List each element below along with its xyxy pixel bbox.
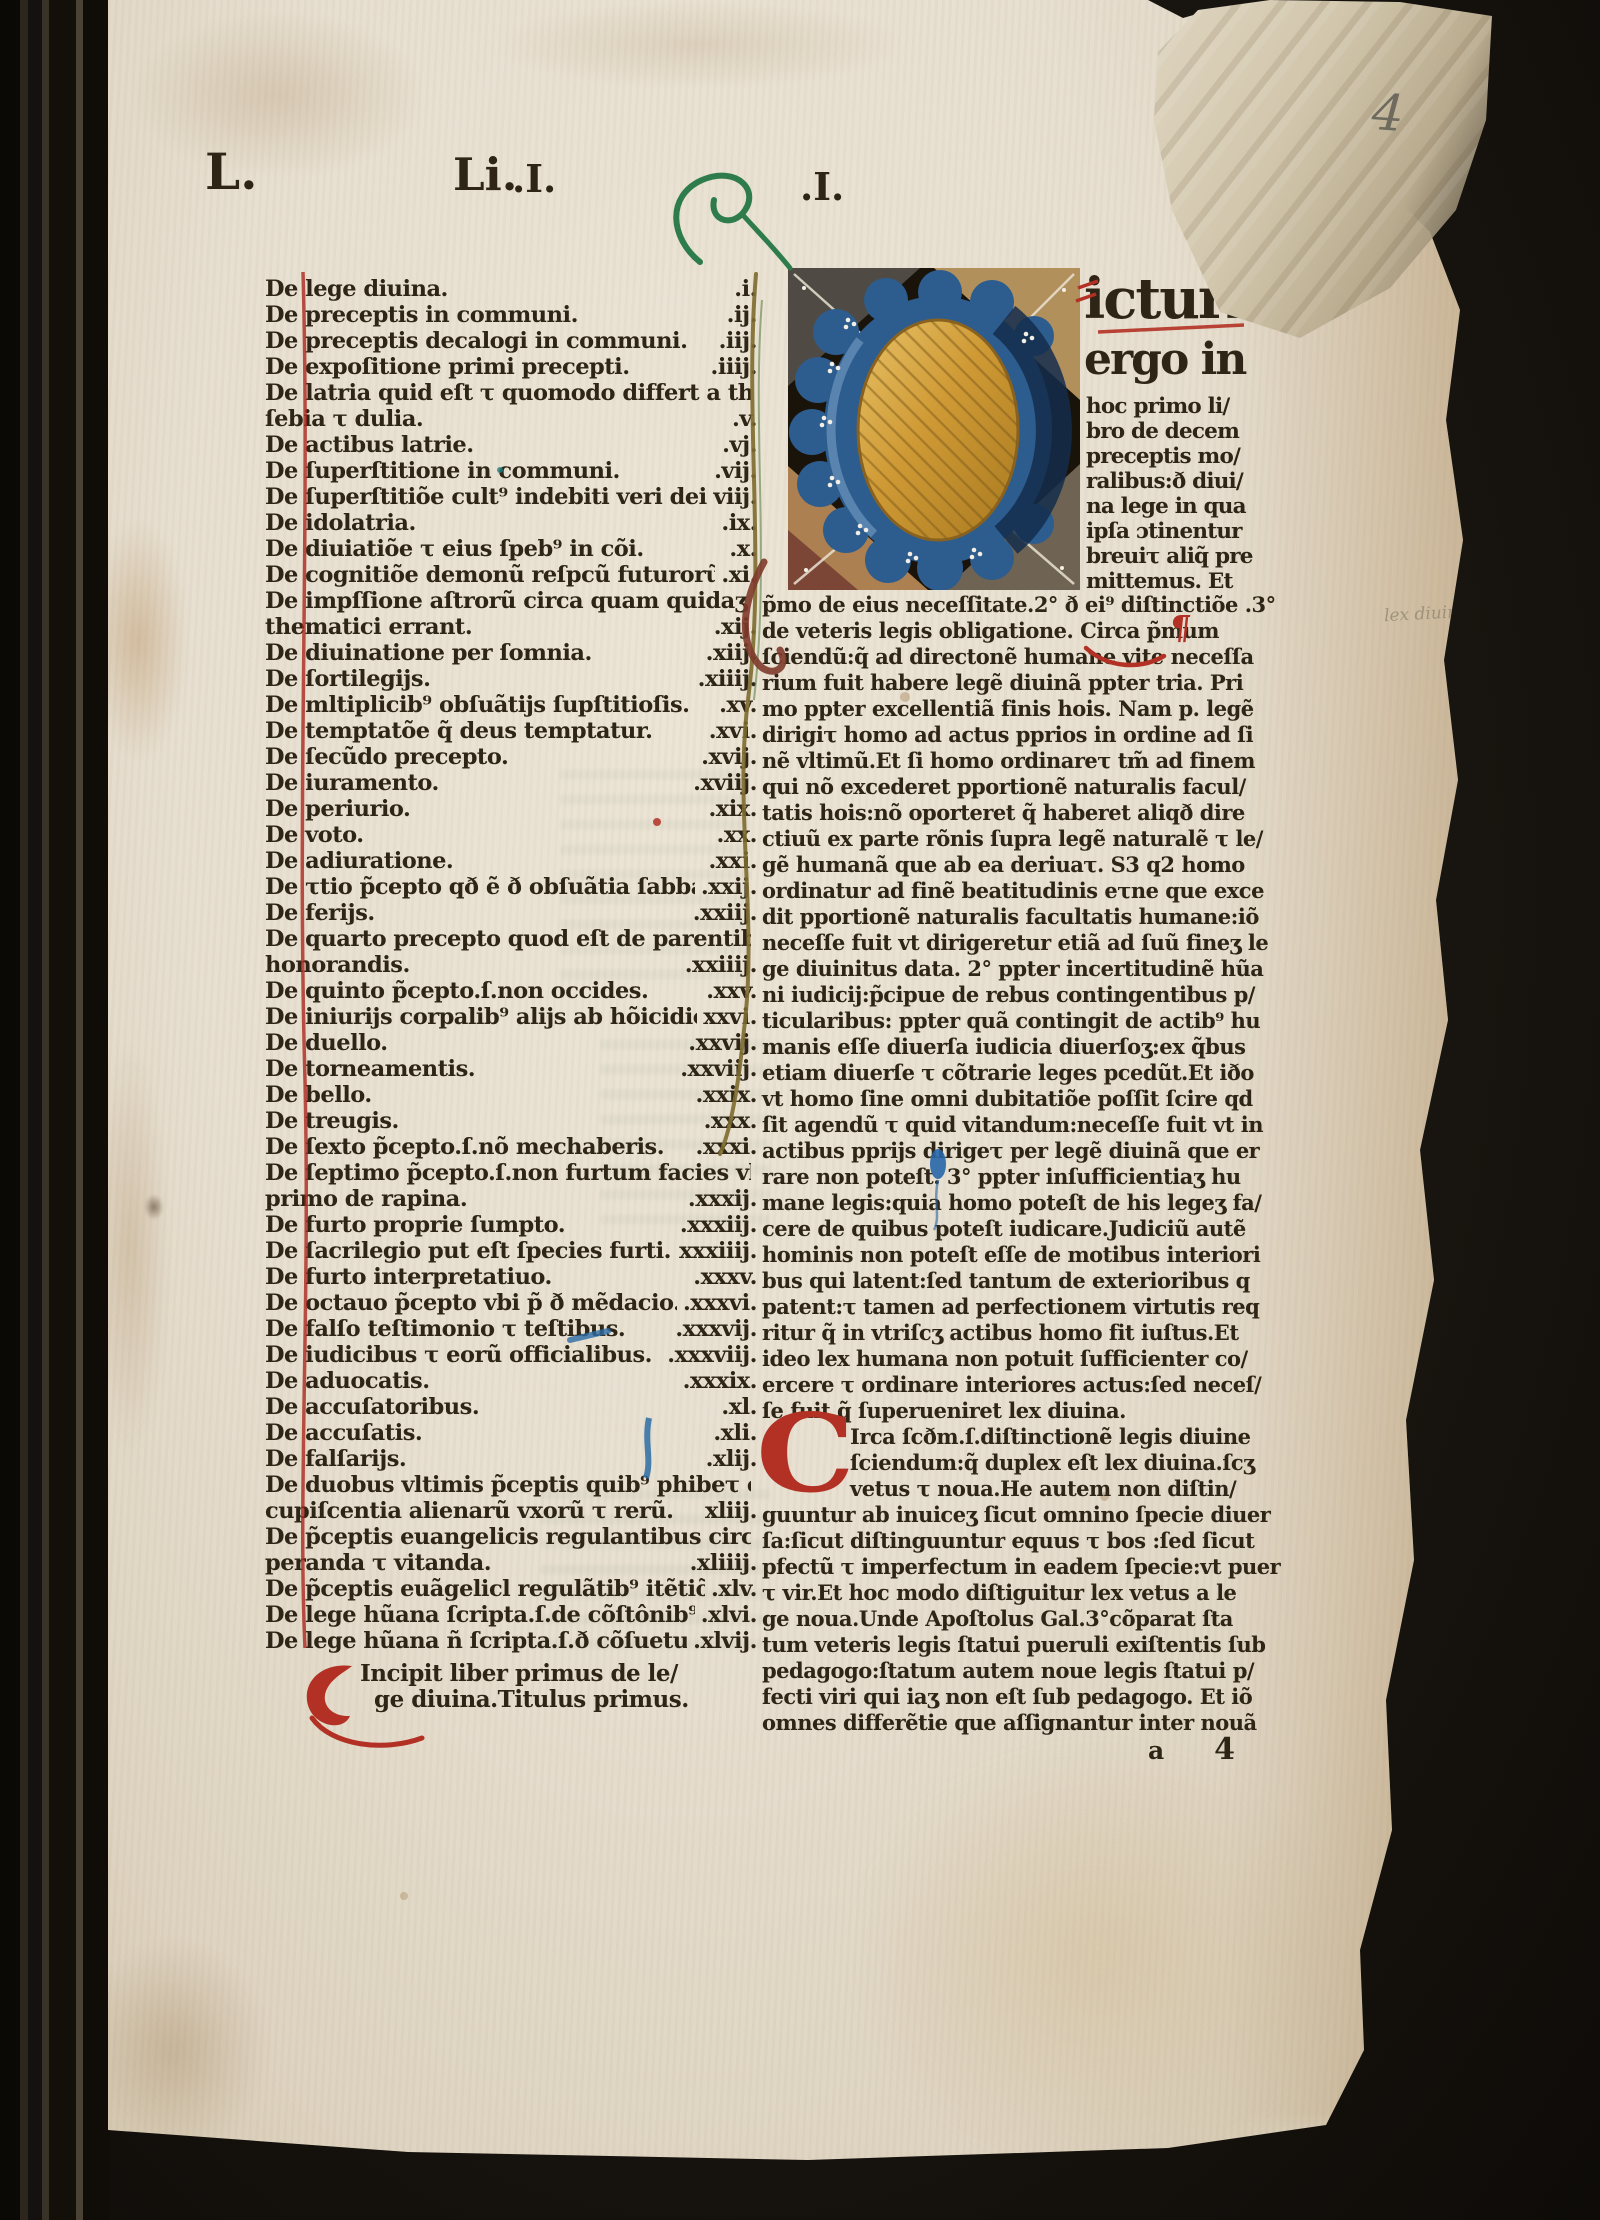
toc-entry-title: De ſexto p̃cepto.ſ.nõ mechaberis. — [265, 1134, 664, 1160]
text-line: τ vir.Et hoc modo diſtiguitur lex vetus … — [762, 1580, 1240, 1606]
text-line: ſciendũ:q̃ ad directonẽ humane vite nece… — [762, 644, 1240, 670]
toc-entry-title: De diuiatiõe τ eius ſpeb⁹ in cõi. — [265, 536, 644, 562]
toc-entry: De iudicibus τ eorũ officialibus. .xxxvi… — [265, 1342, 757, 1368]
toc-entry-title: De τtio p̃cepto qð ẽ ð obſuãtia ſabbati — [265, 874, 695, 900]
toc-entry: De actibus latrie. .vj. — [265, 432, 757, 458]
toc-entry-title: De quarto precepto quod eſt de parentibu… — [265, 926, 751, 952]
text-line: dit pportionẽ naturalis facultatis human… — [762, 904, 1240, 930]
signature-letter: a — [1148, 1736, 1164, 1765]
toc-entry-folio-number: .xxxij. — [682, 1186, 757, 1212]
toc-entry: De latria quid eſt τ quomodo differt a t… — [265, 380, 757, 406]
toc-entry: De bello. .xxix. — [265, 1082, 757, 1108]
toc-entry-title: De bello. — [265, 1082, 372, 1108]
text-line: ſciendum:q̃ duplex eſt lex diuina.ſcʒ — [850, 1450, 1242, 1476]
toc-entry: primo de rapina. .xxxij. — [265, 1186, 757, 1212]
toc-entry: De adiuratione. .xxi. — [265, 848, 757, 874]
opening-word-large-2: ergo in — [1084, 334, 1254, 385]
toc-entry-folio-number: .vj. — [716, 432, 757, 458]
toc-entry-title: De ſortilegijs. — [265, 666, 430, 692]
toc-entry-title: De idolatria. — [265, 510, 416, 536]
toc-entry: De furto interpretatiuo. .xxxv. — [265, 1264, 757, 1290]
toc-entry-folio-number: .xxv. — [700, 978, 757, 1004]
toc-entry-title: De voto. — [265, 822, 364, 848]
text-line: ſit agendũ τ quid vitandum:neceſſe fuit … — [762, 1112, 1240, 1138]
toc-entry: De falſo teſtimonio τ teſtibus. .xxxvij. — [265, 1316, 757, 1342]
text-line: ge diuinitus data. 2° ppter incertitudin… — [762, 956, 1240, 982]
text-line: neceſſe fuit vt dirigeretur etiã ad ſuũ … — [762, 930, 1240, 956]
toc-entry: De aduocatis. .xxxix. — [265, 1368, 757, 1394]
text-line: bus qui latent:ſed tantum de exterioribu… — [762, 1268, 1240, 1294]
toc-entry: De lege hũana ſcripta.ſ.de cõſtônib⁹. .x… — [265, 1602, 757, 1628]
toc-entry: thematici errant. .xij. — [265, 614, 757, 640]
toc-entry-folio-number: xxxiiij. — [673, 1238, 757, 1264]
toc-entry-title: De lege diuina. — [265, 276, 448, 302]
toc-entry-title: De latria quid eſt τ quomodo differt a t… — [265, 380, 751, 406]
toc-entry: De preceptis in communi. .ij. — [265, 302, 757, 328]
text-line: ritur q̃ in vtriſcʒ actibus homo fit iuſ… — [762, 1320, 1240, 1346]
toc-entry-title: De falſo teſtimonio τ teſtibus. — [265, 1316, 625, 1342]
toc-entry: De torneamentis. .xxviij. — [265, 1056, 757, 1082]
toc-entry: De diuiatiõe τ eius ſpeb⁹ in cõi. .x. — [265, 536, 757, 562]
text-line: vetus τ noua.He autem non diſtin/ — [850, 1476, 1242, 1502]
stain-bottom-right — [848, 1740, 1348, 2170]
toc-entry-folio-number: .xxxvi. — [677, 1290, 757, 1316]
red-paragraph-mark: ¶ — [1168, 608, 1193, 647]
toc-entry-title: De lege hũana ſcripta.ſ.de cõſtônib⁹. — [265, 1602, 695, 1628]
toc-entry-title: De temptatõe q̃ deus temptatur. — [265, 718, 653, 744]
toc-entry: De treugis. .xxx. — [265, 1108, 757, 1134]
toc-entry: De quarto precepto quod eſt de parentibu… — [265, 926, 757, 952]
toc-entry-folio-number: .xij. — [708, 614, 757, 640]
text-line: rare non poteſt. 3° ppter inſufficientia… — [762, 1164, 1240, 1190]
incipit-line-2: ge diuina.Titulus primus. — [374, 1686, 689, 1713]
text-line: na lege in qua — [1086, 494, 1242, 519]
toc-entry-title: De iudicibus τ eorũ officialibus. — [265, 1342, 652, 1368]
text-line: ſa:ſicut diſtinguuntur equus τ bos :ſed … — [762, 1528, 1240, 1554]
toc-entry: peranda τ vitanda. .xliiij. — [265, 1550, 757, 1576]
text-line: hoc primo li/ — [1086, 394, 1242, 419]
toc-entry-folio-number: .v. — [726, 406, 757, 432]
text-line: pedagogo:ſtatum autem noue legis ſtatui … — [762, 1658, 1240, 1684]
toc-entry: De accuſatoribus. .xl. — [265, 1394, 757, 1420]
toc-entry: De preceptis decalogi in communi. .iij. — [265, 328, 757, 354]
toc-entry-folio-number: .xxxvij. — [669, 1316, 757, 1342]
toc-entry: De p̃ceptis euãgelicl regulãtib⁹ itẽtiõe… — [265, 1576, 757, 1602]
text-line: nẽ vltimũ.Et ſi homo ordinareτ tm̃ ad fi… — [762, 748, 1240, 774]
toc-entry-folio-number: .xx. — [711, 822, 758, 848]
toc-entry-folio-number: .xxix. — [690, 1082, 757, 1108]
text-line: qui nõ excederet pportionẽ naturalis fac… — [762, 774, 1240, 800]
book-gutter-edge — [0, 0, 110, 2220]
toc-entry-title: De expoſitione primi precepti. — [265, 354, 630, 380]
toc-entry: De lege hũana ñ ſcripta.ſ.ð cõſuetudĩe. … — [265, 1628, 757, 1654]
opening-narrow-column: hoc primo li/ bro de decem preceptis mo/… — [1086, 394, 1242, 594]
toc-entry-title: peranda τ vitanda. — [265, 1550, 491, 1576]
toc-entry-folio-number: .xlij. — [700, 1446, 757, 1472]
toc-entry-folio-number: .xxvij. — [682, 1030, 757, 1056]
toc-entry-folio-number: .iiij. — [705, 354, 757, 380]
text-line: mane legis:quia homo poteſt de his legeʒ… — [762, 1190, 1240, 1216]
header-letter-L: L. — [205, 142, 258, 201]
toc-entry-folio-number: .x. — [723, 536, 757, 562]
toc-entry-folio-number: .xvi. — [703, 718, 757, 744]
toc-entry-folio-number: .xxxiij. — [674, 1212, 757, 1238]
text-line: tum veteris legis ſtatui pueruli exiſten… — [762, 1632, 1240, 1658]
toc-entry: cupiſcentia alienarũ vxorũ τ rerũ. xliij… — [265, 1498, 757, 1524]
toc-entry-title: De torneamentis. — [265, 1056, 475, 1082]
edge-browning-right — [1228, 60, 1478, 2120]
toc-entry-title: De aduocatis. — [265, 1368, 430, 1394]
toc-entry-title: De lege hũana ñ ſcripta.ſ.ð cõſuetudĩe. — [265, 1628, 687, 1654]
toc-entry-folio-number: .xi. — [715, 562, 757, 588]
toc-entry: De temptatõe q̃ deus temptatur. .xvi. — [265, 718, 757, 744]
text-line: ticularibus: ppter quã contingit de acti… — [762, 1008, 1240, 1034]
toc-entry-folio-number: .xxiiij. — [679, 952, 757, 978]
text-line: mittemus. Et — [1086, 569, 1242, 594]
toc-entry-folio-number: .xxij. — [695, 874, 757, 900]
text-line: mo ppter excellentiã finis hois. Nam p. … — [762, 696, 1240, 722]
red-lombard-initial-C: C — [756, 1404, 855, 1504]
toc-entry-folio-number: .xxi. — [702, 848, 757, 874]
toc-entry-title: honorandis. — [265, 952, 410, 978]
table-of-contents: De lege diuina. .i. De preceptis in comm… — [265, 276, 757, 1654]
toc-entry: De diuinatione per ſomnia. .xiij. — [265, 640, 757, 666]
text-line: pfectũ τ imperfectum in eadem ſpecie:vt … — [762, 1554, 1240, 1580]
ink-spot — [144, 1194, 164, 1220]
toc-entry: De voto. .xx. — [265, 822, 757, 848]
toc-entry-title: De furto interpretatiuo. — [265, 1264, 552, 1290]
header-num-center: .I. — [512, 156, 556, 201]
paragraph-2-indented-lines: Irca ſcðm.ſ.diſtinctionẽ legis diuine ſc… — [850, 1424, 1242, 1502]
toc-entry: De ſeptimo p̃cepto.ſ.non furtum facies v… — [265, 1160, 757, 1186]
incipit-line-1: Incipit liber primus de le/ — [360, 1660, 678, 1687]
toc-entry: De quinto p̃cepto.ſ.non occides. .xxv. — [265, 978, 757, 1004]
toc-entry: De idolatria. .ix. — [265, 510, 757, 536]
toc-entry-folio-number: .xlvi. — [695, 1602, 757, 1628]
toc-entry: De ferijs. .xxiij. — [265, 900, 757, 926]
toc-entry: honorandis. .xxiiij. — [265, 952, 757, 978]
toc-entry-title: De cognitiõe demonũ reſpcũ futurorũ. — [265, 562, 715, 588]
text-line: rium fuit habere legẽ diuinã ppter tria.… — [762, 670, 1240, 696]
toc-entry: De p̃ceptis euangelicis regulantibus cir… — [265, 1524, 757, 1550]
toc-entry-title: cupiſcentia alienarũ vxorũ τ rerũ. — [265, 1498, 673, 1524]
text-line: hominis non poteſt eſſe de motibus inter… — [762, 1242, 1240, 1268]
toc-entry-folio-number: .xxx. — [698, 1108, 757, 1134]
toc-entry-title: De p̃ceptis euangelicis regulantibus cir… — [265, 1524, 751, 1550]
text-line: ni iudicij:p̃cipue de rebus contingentib… — [762, 982, 1240, 1008]
toc-entry: De periurio. .xix. — [265, 796, 757, 822]
text-line: Irca ſcðm.ſ.diſtinctionẽ legis diuine — [850, 1424, 1242, 1450]
toc-entry-title: De ſeptimo p̃cepto.ſ.non furtum facies v… — [265, 1160, 751, 1186]
toc-entry-title: De treugis. — [265, 1108, 399, 1134]
text-line: bro de decem — [1086, 419, 1242, 444]
signature-number: 4 — [1214, 1732, 1234, 1767]
toc-entry-folio-number: .xix. — [702, 796, 757, 822]
toc-entry-folio-number: .xxxix. — [677, 1368, 757, 1394]
toc-entry-title: De accuſatoribus. — [265, 1394, 479, 1420]
toc-entry-folio-number: .xv. — [713, 692, 757, 718]
toc-entry-title: ſebia τ dulia. — [265, 406, 423, 432]
toc-entry-title: De impſſione aſtrorũ circa quam quidaʒ m… — [265, 588, 751, 614]
text-line: patent:τ tamen ad perfectionem virtutis … — [762, 1294, 1240, 1320]
header-num-right: .I. — [800, 164, 844, 209]
toc-entry-folio-number: .xiij. — [700, 640, 757, 666]
toc-entry-title: De periurio. — [265, 796, 410, 822]
text-line: ctiuũ ex parte rõnis ſupra legẽ naturalẽ… — [762, 826, 1240, 852]
toc-entry: De furto proprie ſumpto. .xxxiij. — [265, 1212, 757, 1238]
toc-entry: De ſecũdo precepto. .xvij. — [265, 744, 757, 770]
text-line: breuiτ aliq̃ pre — [1086, 544, 1242, 569]
text-line: ge noua.Unde Apoſtolus Gal.3°cõparat ſta — [762, 1606, 1240, 1632]
toc-entry-folio-number: .xlvij. — [687, 1628, 757, 1654]
illuminated-initial-D — [788, 268, 1080, 590]
toc-entry-title: De iuramento. — [265, 770, 439, 796]
toc-entry: De accuſatis. .xli. — [265, 1420, 757, 1446]
toc-entry-title: De accuſatis. — [265, 1420, 422, 1446]
text-line: fecti viri qui iaʒ non eſt ſub pedagogo.… — [762, 1684, 1240, 1710]
text-line: manis eſſe diuerſa iudicia diuerſoʒ:ex q… — [762, 1034, 1240, 1060]
toc-entry-title: thematici errant. — [265, 614, 472, 640]
toc-entry-title: De iniurijs corpalib⁹ alijs ab hõicidio.… — [265, 1004, 697, 1030]
toc-entry: De duello. .xxvij. — [265, 1030, 757, 1056]
text-line: guuntur ab inuiceʒ ſicut omnino ſpecie d… — [762, 1502, 1240, 1528]
toc-entry: De octauo p̃cepto vbi p̃ ð mẽdacio. .xxx… — [265, 1290, 757, 1316]
toc-entry: ſebia τ dulia. .v. — [265, 406, 757, 432]
toc-entry: De ſortilegijs. .xiiij. — [265, 666, 757, 692]
toc-entry-folio-number: .xlv. — [705, 1576, 757, 1602]
toc-entry-folio-number: .xl. — [715, 1394, 757, 1420]
text-line: preceptis mo/ — [1086, 444, 1242, 469]
toc-entry: De ſexto p̃cepto.ſ.nõ mechaberis. .xxxi. — [265, 1134, 757, 1160]
toc-entry-title: De quinto p̃cepto.ſ.non occides. — [265, 978, 648, 1004]
toc-entry-title: De ſuperſtitiõe cult⁹ indebiti veri dei. — [265, 484, 707, 510]
toc-entry-folio-number: viij. — [707, 484, 757, 510]
toc-entry: De ſacrilegio put eſt ſpecies furti. xxx… — [265, 1238, 757, 1264]
toc-entry-folio-number: .xxxv. — [687, 1264, 757, 1290]
toc-entry-title: De adiuratione. — [265, 848, 453, 874]
text-line: ralibus:ð diui/ — [1086, 469, 1242, 494]
toc-entry-folio-number: .xliiij. — [684, 1550, 757, 1576]
main-text-paragraph-1: p̃mo de eius neceſſitate.2° ð ei⁹ diſtin… — [762, 592, 1240, 1424]
toc-entry-folio-number: .xiiij. — [692, 666, 757, 692]
text-line: ideo lex humana non potuit ſufficienter … — [762, 1346, 1240, 1372]
toc-entry: De duobus vltimis p̃ceptis quib⁹ phibeτ … — [265, 1472, 757, 1498]
toc-entry-title: De duello. — [265, 1030, 388, 1056]
toc-entry-folio-number: .vij. — [708, 458, 757, 484]
toc-entry-title: De ferijs. — [265, 900, 375, 926]
stain-top-center — [488, 0, 908, 90]
text-line: cere de quibus poteſt iudicare.Judiciũ a… — [762, 1216, 1240, 1242]
toc-entry-folio-number: .xxxviij. — [661, 1342, 757, 1368]
text-line: vt homo ſine omni dubitatiõe poſſit ſcir… — [762, 1086, 1240, 1112]
toc-entry-folio-number: .xxiij. — [687, 900, 757, 926]
toc-entry-title: De diuinatione per ſomnia. — [265, 640, 592, 666]
toc-entry: De ſuperſtitione in communi. .vij. — [265, 458, 757, 484]
toc-entry-title: De preceptis in communi. — [265, 302, 578, 328]
toc-entry-title: De ſacrilegio put eſt ſpecies furti. — [265, 1238, 671, 1264]
text-line: actibus pprijs dirigeτ per legẽ diuinã q… — [762, 1138, 1240, 1164]
toc-entry-title: De actibus latrie. — [265, 432, 474, 458]
toc-entry: De expoſitione primi precepti. .iiij. — [265, 354, 757, 380]
toc-entry-title: De mltiplicib⁹ obſuãtijs ſupſtitioſis. — [265, 692, 689, 718]
text-line: p̃mo de eius neceſſitate.2° ð ei⁹ diſtin… — [762, 592, 1240, 618]
toc-entry: De cognitiõe demonũ reſpcũ futurorũ. .xi… — [265, 562, 757, 588]
header-li: Li. — [453, 148, 517, 201]
text-line: ipſa ɔtinentur — [1086, 519, 1242, 544]
toc-entry: De iniurijs corpalib⁹ alijs ab hõicidio.… — [265, 1004, 757, 1030]
toc-entry: De lege diuina. .i. — [265, 276, 757, 302]
toc-entry: De falſarijs. .xlij. — [265, 1446, 757, 1472]
scanned-book-photo: { "document": { "header": { "left_letter… — [0, 0, 1600, 2220]
toc-entry-folio-number: .ix. — [715, 510, 757, 536]
foxing-dot-3 — [400, 1892, 408, 1900]
toc-entry-folio-number: xliij. — [699, 1498, 757, 1524]
toc-entry-folio-number: .ij. — [721, 302, 757, 328]
toc-entry-folio-number: .xxxi. — [690, 1134, 757, 1160]
toc-entry-folio-number: .xvij. — [695, 744, 757, 770]
toc-entry-folio-number: .i. — [728, 276, 757, 302]
toc-entry: De ſuperſtitiõe cult⁹ indebiti veri dei.… — [265, 484, 757, 510]
stain-top-left — [128, 10, 428, 180]
toc-entry-title: De furto proprie ſumpto. — [265, 1212, 565, 1238]
toc-entry-folio-number: .iij. — [713, 328, 757, 354]
toc-entry-folio-number: .xxviij. — [674, 1056, 757, 1082]
toc-entry-folio-number: .xli. — [707, 1420, 757, 1446]
toc-entry: De impſſione aſtrorũ circa quam quidaʒ m… — [265, 588, 757, 614]
toc-entry-folio-number: .xviij. — [687, 770, 757, 796]
toc-entry-title: De falſarijs. — [265, 1446, 406, 1472]
quire-signature: a 4 — [1148, 1732, 1235, 1767]
toc-entry-title: De ſuperſtitione in communi. — [265, 458, 620, 484]
toc-entry: De mltiplicib⁹ obſuãtijs ſupſtitioſis. .… — [265, 692, 757, 718]
handwritten-margin-note: lex diuine — [1384, 602, 1469, 626]
toc-entry-title: De p̃ceptis euãgelicl regulãtib⁹ itẽtiõe… — [265, 1576, 705, 1602]
toc-entry: De τtio p̃cepto qð ẽ ð obſuãtia ſabbati … — [265, 874, 757, 900]
handwritten-folio-number: 4 — [1370, 83, 1406, 143]
toc-entry-title: primo de rapina. — [265, 1186, 467, 1212]
toc-entry: De iuramento. .xviij. — [265, 770, 757, 796]
toc-entry-title: De duobus vltimis p̃ceptis quib⁹ phibeτ … — [265, 1472, 751, 1498]
main-text-paragraph-2: guuntur ab inuiceʒ ſicut omnino ſpecie d… — [762, 1502, 1240, 1736]
text-line: etiam diuerſe τ cõtrarie leges pcedũt.Et… — [762, 1060, 1240, 1086]
toc-entry-title: De preceptis decalogi in communi. — [265, 328, 687, 354]
toc-entry-folio-number: xxvi. — [697, 1004, 757, 1030]
text-line: tatis hois:nõ oporteret q̃ haberet aliqð… — [762, 800, 1240, 826]
text-line: ordinatur ad finẽ beatitudinis eτne que … — [762, 878, 1240, 904]
text-line: gẽ humanã que ab ea deriuaτ. S3 q2 homo — [762, 852, 1240, 878]
toc-entry-title: De octauo p̃cepto vbi p̃ ð mẽdacio. — [265, 1290, 677, 1316]
toc-entry-title: De ſecũdo precepto. — [265, 744, 508, 770]
text-line: dirigiτ homo ad actus pprios in ordine a… — [762, 722, 1240, 748]
